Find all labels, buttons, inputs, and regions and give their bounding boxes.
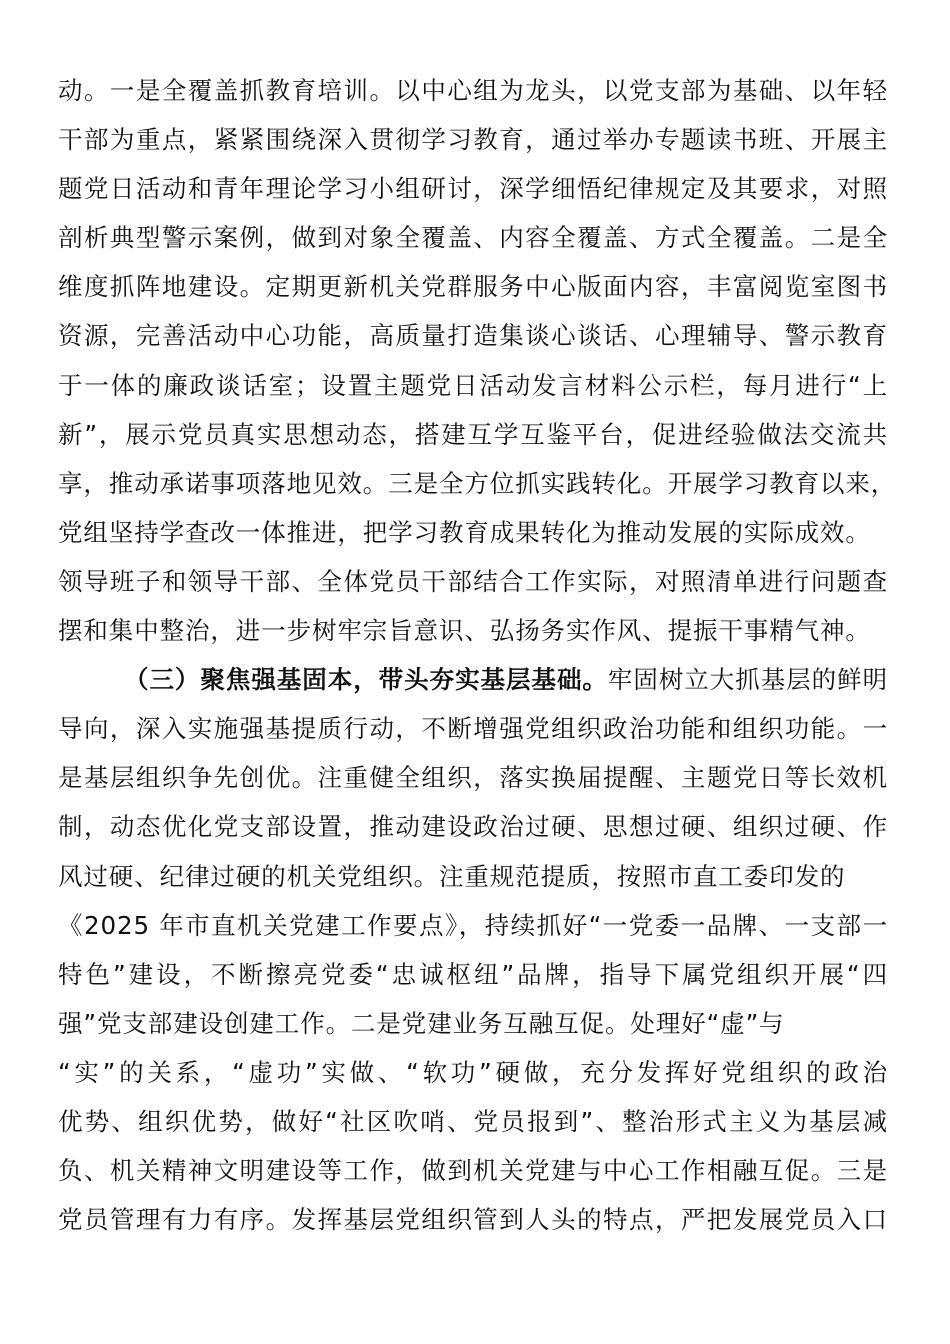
paragraph-line: 《2025 年市直机关党建工作要点》，持续抓好“一党委一品牌、一支部一 bbox=[58, 901, 888, 950]
section-heading: （三）聚焦强基固本，带头夯实基层基础。 bbox=[124, 665, 608, 694]
paragraph-line: 是基层组织争先创优。注重健全组织，落实换届提醒、主题党日等长效机 bbox=[58, 753, 888, 802]
paragraph-line: 摆和集中整治，进一步树牢宗旨意识、弘扬务实作风、提振干事精气神。 bbox=[58, 606, 888, 655]
paragraph-line: “实”的关系，“虚功”实做、“软功”硬做，充分发挥好党组织的政治 bbox=[58, 1048, 888, 1097]
paragraph-line: 党员管理有力有序。发挥基层党组织管到人头的特点，严把发展党员入口 bbox=[58, 1195, 888, 1244]
paragraph-line: 特色”建设，不断擦亮党委“忠诚枢纽”品牌，指导下属党组织开展“四 bbox=[58, 950, 888, 999]
paragraph-line: 党组坚持学查改一体推进，把学习教育成果转化为推动发展的实际成效。 bbox=[58, 508, 888, 557]
paragraph-line: 制，动态优化党支部设置，推动建设政治过硬、思想过硬、组织过硬、作 bbox=[58, 802, 888, 851]
paragraph-line: 领导班子和领导干部、全体党员干部结合工作实际，对照清单进行问题查 bbox=[58, 557, 888, 606]
paragraph-line: 新”，展示党员真实思想动态，搭建互学互鉴平台，促进经验做法交流共 bbox=[58, 410, 888, 459]
section-heading-continuation: 牢固树立大抓基层的鲜明 bbox=[608, 665, 888, 694]
paragraph-line: 负、机关精神文明建设等工作，做到机关党建与中心工作相融互促。三是 bbox=[58, 1146, 888, 1195]
paragraph-line: 动。一是全覆盖抓教育培训。以中心组为龙头，以党支部为基础、以年轻 bbox=[58, 66, 888, 115]
paragraph-line: 剖析典型警示案例，做到对象全覆盖、内容全覆盖、方式全覆盖。二是全 bbox=[58, 213, 888, 262]
paragraph-line: 优势、组织优势，做好“社区吹哨、党员报到”、整治形式主义为基层减 bbox=[58, 1097, 888, 1146]
paragraph-line: 风过硬、纪律过硬的机关党组织。注重规范提质，按照市直工委印发的 bbox=[58, 852, 888, 901]
paragraph-line: 干部为重点，紧紧围绕深入贯彻学习教育，通过举办专题读书班、开展主 bbox=[58, 115, 888, 164]
document-page: 动。一是全覆盖抓教育培训。以中心组为龙头，以党支部为基础、以年轻 干部为重点，紧… bbox=[58, 66, 888, 1244]
paragraph-line: 强”党支部建设创建工作。二是党建业务互融互促。处理好“虚”与 bbox=[58, 999, 888, 1048]
paragraph-line: 维度抓阵地建设。定期更新机关党群服务中心版面内容，丰富阅览室图书 bbox=[58, 262, 888, 311]
paragraph-line: 于一体的廉政谈话室；设置主题党日活动发言材料公示栏，每月进行“上 bbox=[58, 361, 888, 410]
paragraph-line: 资源，完善活动中心功能，高质量打造集谈心谈话、心理辅导、警示教育 bbox=[58, 311, 888, 360]
paragraph-line: 享，推动承诺事项落地见效。三是全方位抓实践转化。开展学习教育以来， bbox=[58, 459, 888, 508]
section-heading-line: （三）聚焦强基固本，带头夯实基层基础。牢固树立大抓基层的鲜明 bbox=[58, 655, 888, 704]
paragraph-line: 题党日活动和青年理论学习小组研讨，深学细悟纪律规定及其要求，对照 bbox=[58, 164, 888, 213]
paragraph-line: 导向，深入实施强基提质行动，不断增强党组织政治功能和组织功能。一 bbox=[58, 704, 888, 753]
